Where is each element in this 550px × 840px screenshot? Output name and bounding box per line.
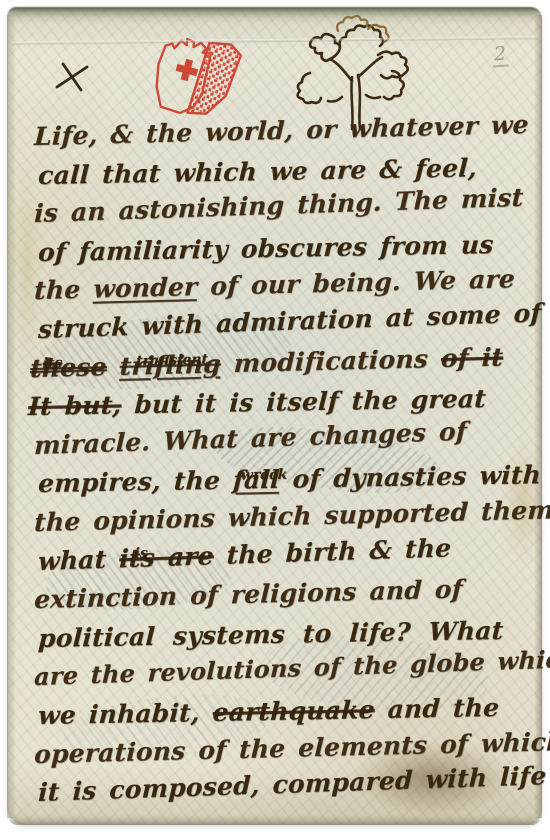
manuscript-segment: the (34, 275, 94, 305)
manuscript-page: 2 Life, & the world, or whatever wecall … (8, 9, 541, 824)
manuscript-segment: empires, the (37, 466, 233, 498)
inserted-word: is (134, 534, 149, 573)
x-mark-icon (52, 58, 92, 96)
manuscript-text: Life, & the world, or whatever wecall th… (26, 118, 539, 813)
manuscript-segment: what (38, 544, 120, 576)
manuscript-segment: of dynasties with (279, 461, 542, 495)
manuscript-segment: modifications (220, 343, 441, 377)
manuscript-segment: Life, & the world, or whatever we (34, 110, 530, 151)
manuscript-segment: the birth & the (213, 533, 452, 570)
page-left-edge (7, 15, 16, 818)
manuscript-segment: It but, (27, 391, 122, 422)
manuscript-segment: extinction of religions and of (34, 575, 464, 615)
manuscript-segment: triflingtransient (119, 349, 222, 381)
inserted-word: transient (135, 340, 209, 380)
manuscript-segment (106, 351, 120, 380)
page-top-edge (7, 7, 542, 23)
manuscript-segment: and the (374, 693, 500, 724)
manuscript-segment: of familiarity obscures from us (37, 230, 494, 267)
manuscript-segment: theseits (30, 352, 108, 383)
page-bottom-edge (8, 815, 541, 825)
manuscript-segment: wonder (93, 272, 198, 304)
manuscript-segment: fallwreck (232, 465, 280, 495)
page-number: 2 (491, 42, 509, 67)
inserted-word: its (42, 344, 63, 383)
manuscript-segment: we inhabit, (37, 698, 213, 730)
manuscript-segment: earthquake (212, 695, 376, 727)
manuscript-segment: of it (440, 342, 503, 373)
manuscript-segment: its areis (119, 541, 215, 573)
fold-crease (12, 36, 537, 44)
